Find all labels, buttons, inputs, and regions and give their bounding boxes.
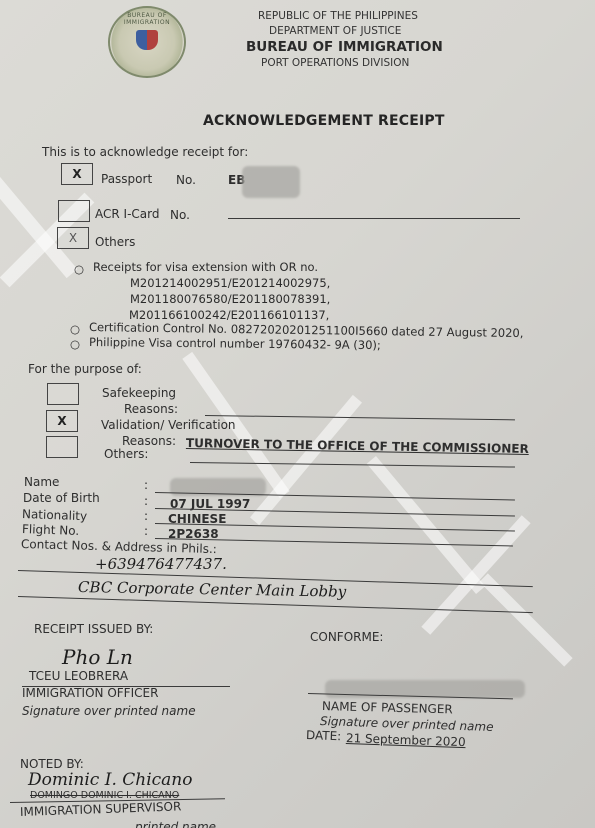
bullet-icon: ○ bbox=[74, 262, 84, 276]
issued-by-label: RECEIPT ISSUED BY: bbox=[34, 622, 153, 636]
or-number-1: M201214002951/E201214002975, bbox=[130, 276, 330, 290]
receipt-intro: This is to acknowledge receipt for: bbox=[42, 145, 248, 159]
safekeeping-reasons-line bbox=[205, 415, 515, 421]
contact-phone: +639476477437. bbox=[95, 555, 227, 573]
watermark bbox=[367, 456, 485, 594]
safekeeping-label: Safekeeping bbox=[102, 386, 176, 400]
noted-by-label: NOTED BY: bbox=[20, 757, 84, 771]
safekeeping-reasons-label: Reasons: bbox=[124, 402, 178, 416]
purpose-others-checkbox[interactable] bbox=[46, 436, 78, 458]
validation-label: Validation/ Verification bbox=[101, 418, 236, 432]
passport-label: Passport bbox=[101, 172, 152, 186]
issuer-caption: Signature over printed name bbox=[22, 704, 196, 718]
validation-reasons-label: Reasons: bbox=[122, 434, 176, 448]
contact-address: CBC Corporate Center Main Lobby bbox=[78, 578, 346, 601]
passport-no-label: No. bbox=[176, 173, 196, 187]
issuer-name: TCEU LEOBRERA bbox=[29, 669, 128, 683]
name-label: Name bbox=[24, 475, 59, 489]
acr-checkbox[interactable] bbox=[58, 200, 90, 222]
validation-reasons-value: TURNOVER TO THE OFFICE OF THE COMMISSION… bbox=[186, 436, 529, 456]
colon: : bbox=[144, 478, 148, 492]
validation-checkbox[interactable]: X bbox=[46, 410, 78, 432]
nationality-label: Nationality bbox=[22, 507, 88, 523]
header-republic: REPUBLIC OF THE PHILIPPINES bbox=[258, 10, 418, 22]
purpose-others-line bbox=[190, 462, 515, 468]
date-label: DATE: bbox=[306, 728, 342, 743]
passport-checkbox[interactable]: X bbox=[61, 163, 93, 185]
or-number-3: M201166100242/E201166101137, bbox=[129, 308, 329, 322]
others-label: Others bbox=[95, 235, 135, 249]
colon: : bbox=[144, 509, 148, 523]
watermark bbox=[479, 573, 572, 666]
header-department: DEPARTMENT OF JUSTICE bbox=[269, 25, 401, 37]
colon: : bbox=[144, 524, 148, 538]
watermark bbox=[421, 515, 530, 635]
dob-label: Date of Birth bbox=[23, 491, 100, 505]
bullet-icon: ○ bbox=[70, 337, 80, 351]
page-title: ACKNOWLEDGEMENT RECEIPT bbox=[203, 113, 445, 129]
acr-no-label: No. bbox=[170, 208, 190, 222]
bullet-visa-control: Philippine Visa control number 19760432-… bbox=[89, 335, 381, 352]
date-value: 21 September 2020 bbox=[346, 731, 466, 749]
header-bureau: BUREAU OF IMMIGRATION bbox=[246, 39, 443, 55]
bullet-icon: ○ bbox=[70, 322, 80, 336]
others-checkbox[interactable]: X bbox=[57, 227, 89, 249]
conforme-label: CONFORME: bbox=[310, 630, 383, 644]
watermark bbox=[250, 395, 362, 525]
purpose-others-label: Others: bbox=[104, 447, 148, 461]
supervisor-caption: printed name bbox=[135, 820, 216, 828]
header-division: PORT OPERATIONS DIVISION bbox=[261, 57, 409, 69]
acr-number-line bbox=[228, 218, 520, 219]
issuer-signature: Pho Ln bbox=[62, 645, 133, 669]
supervisor-signature: Dominic I. Chicano bbox=[28, 770, 193, 790]
redacted-passport-number bbox=[242, 166, 300, 198]
flight-label: Flight No. bbox=[22, 522, 80, 538]
colon: : bbox=[144, 494, 148, 508]
or-number-2: M201180076580/E201180078391, bbox=[130, 292, 330, 306]
acr-label: ACR I-Card bbox=[95, 207, 159, 221]
purpose-intro: For the purpose of: bbox=[28, 362, 142, 376]
safekeeping-checkbox[interactable] bbox=[47, 383, 79, 405]
bullet-or-receipts: Receipts for visa extension with OR no. bbox=[93, 260, 318, 274]
seal-shield-icon bbox=[136, 30, 158, 50]
issuer-title: IMMIGRATION OFFICER bbox=[22, 686, 158, 700]
bureau-seal-logo: BUREAU OF IMMIGRATION bbox=[108, 6, 186, 78]
seal-text: BUREAU OF IMMIGRATION bbox=[110, 12, 184, 26]
